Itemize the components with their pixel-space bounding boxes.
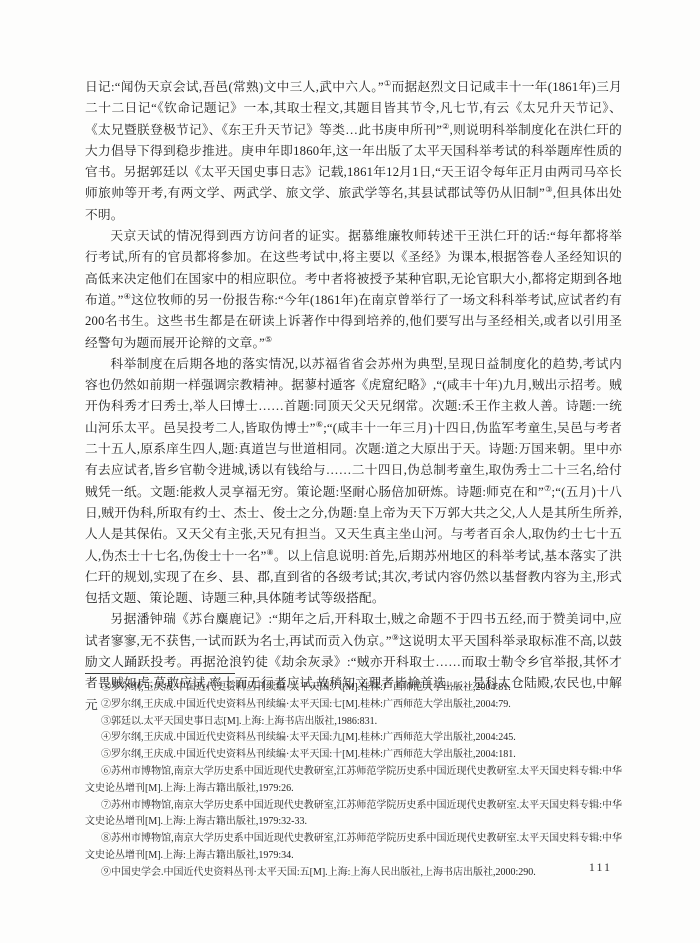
footnote-item: ⑤罗尔纲,王庆成.中国近代史资料丛刊续编·太平天国:十[M].桂林:广西师范大学… <box>85 747 622 764</box>
paragraph: 科举制度在后期各地的落实情况,以苏福省省会苏州为典型,呈现日益制度化的趋势,考试… <box>85 354 622 610</box>
main-text: 日记:“闻伪天京会试,吾邑(常熟)文中三人,武中六人。”①而据赵烈文日记咸丰十一… <box>85 77 622 716</box>
footnote-item: ⑨中国史学会.中国近代史资料丛刊·太平天国:五[M].上海:上海人民出版社,上海… <box>85 865 622 882</box>
footnote-separator <box>85 673 235 674</box>
footnote-item: ⑧苏州市博物馆,南京大学历史系中国近现代史教研室,江苏师范学院历史系中国近现代史… <box>85 831 622 865</box>
footnote-ref: ② <box>442 121 450 130</box>
footnote-ref: ⑦ <box>544 483 552 492</box>
footnote-item: ①罗尔纲,王庆成.中国近代史资料丛刊续编·太平天国:六[M].桂林:广西师范大学… <box>85 680 622 697</box>
paragraph: 日记:“闻伪天京会试,吾邑(常熟)文中三人,武中六人。”①而据赵烈文日记咸丰十一… <box>85 77 622 226</box>
footnote-item: ②罗尔纲,王庆成.中国近代史资料丛刊续编·太平天国:七[M].桂林:广西师范大学… <box>85 697 622 714</box>
footnotes: ①罗尔纲,王庆成.中国近代史资料丛刊续编·太平天国:六[M].桂林:广西师范大学… <box>85 680 622 882</box>
footnote-ref: ⑤ <box>265 334 272 343</box>
page-number: 111 <box>589 860 612 875</box>
footnote-item: ⑥苏州市博物馆,南京大学历史系中国近现代史教研室,江苏师范学院历史系中国近现代史… <box>85 764 622 798</box>
text-run: 日记:“闻伪天京会试,吾邑(常熟)文中三人,武中六人。” <box>85 80 384 94</box>
footnote-ref: ⑨ <box>392 632 399 641</box>
footnote-item: ③郭廷以.太平天国史事日志[M].上海:上海书店出版社,1986:831. <box>85 714 622 731</box>
footnote-item: ④罗尔纲,王庆成.中国近代史资料丛刊续编·太平天国:九[M].桂林:广西师范大学… <box>85 730 622 747</box>
document-page: 日记:“闻伪天京会试,吾邑(常熟)文中三人,武中六人。”①而据赵烈文日记咸丰十一… <box>0 0 700 943</box>
footnote-ref: ⑧ <box>266 547 274 556</box>
paragraph: 天京天试的情况得到西方访问者的证实。据慕维廉牧师转述干王洪仁玕的话:“每年都将举… <box>85 226 622 354</box>
text-run: 这位牧师的另一份报告称:“今年(1861年)在南京曾举行了一场文科科举考试,应试… <box>85 293 622 350</box>
footnote-item: ⑦苏州市博物馆,南京大学历史系中国近现代史教研室,江苏师范学院历史系中国近现代史… <box>85 798 622 832</box>
footnote-ref: ③ <box>545 185 553 194</box>
